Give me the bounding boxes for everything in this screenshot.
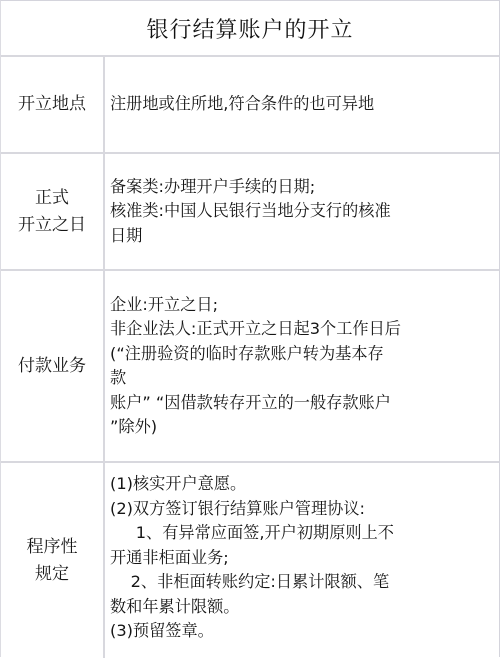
table-row-payment-business: 付款业务 企业:开立之日; 非企业法人:正式开立之日起3个工作日后 (“注册验资… [1,271,499,463]
row-label: 付款业务 [1,271,105,461]
row-content: 备案类:办理开户手续的日期; 核准类:中国人民银行当地分支行的核准 日期 [105,154,499,269]
table-row-official-opening-date: 正式 开立之日 备案类:办理开户手续的日期; 核准类:中国人民银行当地分支行的核… [1,154,499,271]
table-title: 银行结算账户的开立 [1,1,499,57]
row-content: (1)核实开户意愿。 (2)双方签订银行结算账户管理协议: 1、有异常应面签,开… [105,463,499,657]
row-label-line: 规定 [27,561,78,588]
row-content: 注册地或住所地,符合条件的也可异地 [105,57,499,152]
row-label-line: 付款业务 [18,353,86,380]
account-opening-table: 银行结算账户的开立 开立地点 注册地或住所地,符合条件的也可异地 正式 开立之日… [0,0,500,657]
content-line: 1、有异常应面签,开户初期原则上不 [110,521,499,546]
row-label: 正式 开立之日 [1,154,105,269]
content-line: (2)双方签订银行结算账户管理协议: [110,497,499,522]
content-line: 账户” “因借款转存开立的一般存款账户 [110,391,499,416]
content-line: 非企业法人:正式开立之日起3个工作日后 [110,317,499,342]
content-line: (1)核实开户意愿。 [110,472,499,497]
content-line: ”除外) [110,415,499,440]
row-content: 企业:开立之日; 非企业法人:正式开立之日起3个工作日后 (“注册验资的临时存款… [105,271,499,461]
row-label: 程序性 规定 [1,463,105,657]
content-line: 开通非柜面业务; [110,546,499,571]
row-label: 开立地点 [1,57,105,152]
content-line: 企业:开立之日; [110,293,499,318]
row-label-line: 开立地点 [18,91,86,118]
content-line: 2、非柜面转账约定:日累计限额、笔 [110,570,499,595]
content-line: 款 [110,366,499,391]
row-label-line: 开立之日 [18,212,86,239]
content-line: 备案类:办理开户手续的日期; [110,175,499,200]
table-row-location: 开立地点 注册地或住所地,符合条件的也可异地 [1,57,499,154]
content-line: 注册地或住所地,符合条件的也可异地 [110,92,499,117]
content-line: (“注册验资的临时存款账户转为基本存 [110,342,499,367]
content-line: 核准类:中国人民银行当地分支行的核准 [110,199,499,224]
content-line: 日期 [110,224,499,249]
row-label-line: 程序性 [27,534,78,561]
row-label-line: 正式 [18,185,86,212]
content-line: (3)预留签章。 [110,619,499,644]
content-line: 数和年累计限额。 [110,595,499,620]
table-row-procedural-rules: 程序性 规定 (1)核实开户意愿。 (2)双方签订银行结算账户管理协议: 1、有… [1,463,499,657]
